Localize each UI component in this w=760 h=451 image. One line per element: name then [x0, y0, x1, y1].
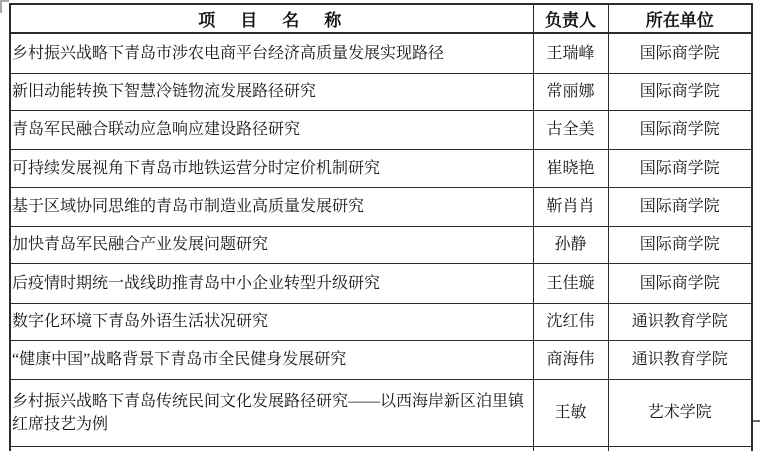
header-leader: 负责人	[533, 4, 608, 33]
project-name-cell: 新旧动能转换下智慧冷链物流发展路径研究	[10, 73, 533, 110]
project-name-cell: 基于区域协同思维的青岛市制造业高质量发展研究	[10, 187, 533, 226]
unit-cell: 艺术学院	[608, 379, 752, 446]
unit-cell: 国际商学院	[608, 149, 752, 187]
leader-cell: 王瑞峰	[533, 33, 608, 73]
table-row: 基于区域协同思维的青岛市制造业高质量发展研究 靳肖肖 国际商学院	[10, 187, 752, 226]
table-row: 乡村振兴战略下青岛传统民间文化发展路径研究——以西海岸新区泊里镇 红席技艺为例 …	[10, 379, 752, 446]
leader-cell: 商海伟	[533, 340, 608, 379]
project-approval-table: 项 目 名 称 负责人 所在单位 乡村振兴战略下青岛市涉农电商平台经济高质量发展…	[9, 3, 753, 451]
unit-cell: 国际商学院	[608, 187, 752, 226]
leader-cell: 古全美	[533, 110, 608, 149]
unit-cell: 国际商学院	[608, 226, 752, 263]
project-name-cell: 青岛军民融合联动应急响应建设路径研究	[10, 110, 533, 149]
leader-cell: 王敏	[533, 379, 608, 446]
clipped-next-row	[10, 446, 752, 451]
header-unit: 所在单位	[608, 4, 752, 33]
clipped-cell	[608, 446, 752, 451]
leader-cell: 沈红伟	[533, 303, 608, 340]
project-name-cell: 乡村振兴战略下青岛传统民间文化发展路径研究——以西海岸新区泊里镇 红席技艺为例	[10, 379, 533, 446]
leader-cell: 崔晓艳	[533, 149, 608, 187]
project-name-cell: 数字化环境下青岛外语生活状况研究	[10, 303, 533, 340]
project-name-cell: 后疫情时期统一战线助推青岛中小企业转型升级研究	[10, 263, 533, 303]
leader-cell: 常丽娜	[533, 73, 608, 110]
project-name-cell: “健康中国”战略背景下青岛市全民健身发展研究	[10, 340, 533, 379]
unit-cell: 国际商学院	[608, 263, 752, 303]
table-row: 加快青岛军民融合产业发展问题研究 孙静 国际商学院	[10, 226, 752, 263]
project-name-cell: 可持续发展视角下青岛市地铁运营分时定价机制研究	[10, 149, 533, 187]
header-project-name: 项 目 名 称	[10, 4, 533, 33]
clipped-cell	[10, 446, 533, 451]
leader-cell: 孙静	[533, 226, 608, 263]
clipped-cell	[533, 446, 608, 451]
table-row: 新旧动能转换下智慧冷链物流发展路径研究 常丽娜 国际商学院	[10, 73, 752, 110]
table-row: 数字化环境下青岛外语生活状况研究 沈红伟 通识教育学院	[10, 303, 752, 340]
header-row: 项 目 名 称 负责人 所在单位	[10, 4, 752, 33]
unit-cell: 国际商学院	[608, 110, 752, 149]
border-fragment-right-tick	[752, 420, 760, 422]
border-fragment-top-left-horizontal	[0, 0, 9, 2]
project-name-cell: 加快青岛军民融合产业发展问题研究	[10, 226, 533, 263]
unit-cell: 通识教育学院	[608, 303, 752, 340]
leader-cell: 王佳璇	[533, 263, 608, 303]
unit-cell: 国际商学院	[608, 33, 752, 73]
table-row: 后疫情时期统一战线助推青岛中小企业转型升级研究 王佳璇 国际商学院	[10, 263, 752, 303]
leader-cell: 靳肖肖	[533, 187, 608, 226]
unit-cell: 通识教育学院	[608, 340, 752, 379]
table-row: 可持续发展视角下青岛市地铁运营分时定价机制研究 崔晓艳 国际商学院	[10, 149, 752, 187]
table-row: “健康中国”战略背景下青岛市全民健身发展研究 商海伟 通识教育学院	[10, 340, 752, 379]
project-name-cell: 乡村振兴战略下青岛市涉农电商平台经济高质量发展实现路径	[10, 33, 533, 73]
table-row: 乡村振兴战略下青岛市涉农电商平台经济高质量发展实现路径 王瑞峰 国际商学院	[10, 33, 752, 73]
unit-cell: 国际商学院	[608, 73, 752, 110]
table-row: 青岛军民融合联动应急响应建设路径研究 古全美 国际商学院	[10, 110, 752, 149]
document-canvas: 项 目 名 称 负责人 所在单位 乡村振兴战略下青岛市涉农电商平台经济高质量发展…	[0, 0, 760, 451]
